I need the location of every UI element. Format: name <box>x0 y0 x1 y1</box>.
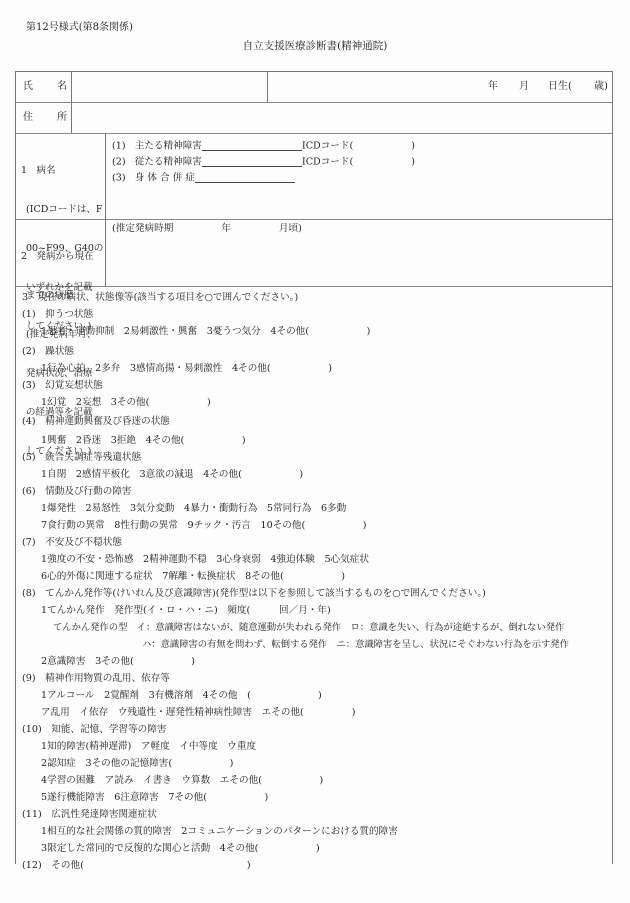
label-line: 1 病名 <box>21 164 103 177</box>
address-label-2: 所 <box>57 113 67 123</box>
diagnosis-form-table: 氏 名 年 月 日生( 歳) 住 所 1 病名 (ICDコードは、F 00~F9… <box>15 71 613 864</box>
category-epilepsy: (8) てんかん発作等(けいれん及び意識障害)(発作型は以下を参照して該当するも… <box>22 589 486 599</box>
paren-close: ) <box>411 140 415 151</box>
category-psychomotor: (4) 精神運動興奮及び昏迷の状態 <box>22 417 170 427</box>
options-manic[interactable]: 1行為心拍 2多弁 3感情高揚・易刺激性 4その他( ) <box>41 364 332 374</box>
options-pdd-2[interactable]: 3限定した常同的で反復的な関心と活動 4その他( ) <box>41 844 320 854</box>
onset-prefix: (推定発病時期 <box>112 223 173 234</box>
category-emotion-behavior: (6) 情動及び行動の障害 <box>22 487 132 497</box>
options-depression[interactable]: 1思考・運動抑制 2易刺激性・興奮 3憂うつ気分 4その他( ) <box>41 327 370 337</box>
physical-complication-field[interactable] <box>195 172 295 183</box>
category-substance: (9) 精神作用物質の乱用、依存等 <box>22 674 170 684</box>
options-substance-1[interactable]: 1アルコール 2覚醒剤 3有機溶剤 4その他 ( ) <box>41 691 322 701</box>
options-epilepsy-1[interactable]: 1てんかん発作 発作型(イ・ロ・ハ・ニ) 頻度( 回／月・年) <box>41 606 331 616</box>
label-line: (ICDコードは、F <box>21 203 103 216</box>
physical-complication-label: 身 体 合 併 症 <box>135 172 195 183</box>
options-hallucination[interactable]: 1幻覚 2妄想 3その他( ) <box>41 398 211 408</box>
options-intelligence-2[interactable]: 2認知症 3その他の記憶障害( ) <box>41 759 233 769</box>
name-label-2: 名 <box>57 82 67 92</box>
birth-month-label: 月 <box>519 82 529 92</box>
icd-code-label: ICDコード( <box>302 140 353 151</box>
name-label-1: 氏 <box>23 82 33 92</box>
options-epilepsy-2[interactable]: 2意識障害 3その他( ) <box>41 657 195 667</box>
col-divider <box>267 72 268 102</box>
options-anxiety-1[interactable]: 1強度の不安・恐怖感 2精神運動不穏 3心身衰弱 4強迫体験 5心気症状 <box>41 555 369 565</box>
category-intelligence: (10) 知能、記憶、学習等の障害 <box>22 725 166 735</box>
epilepsy-types-1: てんかん発作の型 イ：意識障害はないが、随意運動が失われる発作 ロ：意識を失い、… <box>53 623 564 632</box>
row-divider <box>16 286 612 287</box>
name-field[interactable] <box>76 74 264 100</box>
category-manic: (2) 躁状態 <box>22 347 74 357</box>
onset-year-label: 年 <box>221 223 231 234</box>
options-psychomotor[interactable]: 1興奮 2昏迷 3拒絶 4その他( ) <box>41 436 246 446</box>
options-intelligence-1[interactable]: 1知的障害(精神遅滞) ア軽度 イ中等度 ウ重度 <box>41 742 256 752</box>
item-number: (3) <box>112 172 126 183</box>
options-anxiety-2[interactable]: 6心的外傷に関連する症状 7解離・転換症状 8その他( ) <box>41 572 345 582</box>
secondary-disorder-label: 従たる精神障害 <box>135 156 202 167</box>
options-pdd-1[interactable]: 1相互的な社会関係の質的障害 2コミュニケーションのパターンにおける質的障害 <box>41 827 398 837</box>
category-pdd: (11) 広汎性発達障害関連症状 <box>22 810 157 820</box>
category-other[interactable]: (12) その他( ) <box>22 861 251 871</box>
document-title: 自立支援医療診断書(精神通院) <box>0 41 630 52</box>
category-schizophrenia-residual: (5) 統合失調症等残遺状態 <box>22 453 141 463</box>
options-schizophrenia-residual[interactable]: 1自閉 2感情平板化 3意欲の減退 4その他( ) <box>41 470 303 480</box>
physical-complication-row: (3) 身 体 合 併 症 <box>112 172 295 183</box>
main-disorder-row: (1) 主たる精神障害ICDコード() <box>112 140 415 151</box>
options-intelligence-3[interactable]: 4学習の困難 ア読み イ書き ウ算数 エその他( ) <box>41 776 323 786</box>
age-label: 歳) <box>594 82 608 92</box>
row-divider <box>16 102 612 103</box>
item-number: (1) <box>112 140 126 151</box>
secondary-disorder-field[interactable] <box>202 156 302 167</box>
category-anxiety: (7) 不安及び不穏状態 <box>22 538 122 548</box>
address-label-1: 住 <box>23 113 33 123</box>
options-substance-2[interactable]: ア乱用 イ依存 ウ残遺性・遅発性精神病性障害 エその他( ) <box>41 708 356 718</box>
onset-month-label: 月頃) <box>279 223 302 234</box>
options-intelligence-4[interactable]: 5遂行機能障害 6注意障害 7その他( ) <box>41 793 268 803</box>
onset-row: (推定発病時期年月頃) <box>112 224 302 234</box>
item-number: (2) <box>112 156 126 167</box>
birth-year-label: 年 <box>488 82 498 92</box>
options-emotion-behavior-2[interactable]: 7食行動の異常 8性行動の異常 9チック・汚言 10その他( ) <box>41 521 367 531</box>
col-divider <box>71 72 72 133</box>
birth-day-label: 日生( <box>548 82 572 92</box>
main-disorder-field[interactable] <box>202 140 302 151</box>
form-number: 第12号様式(第8条関係) <box>26 23 133 33</box>
section3-heading: 3 現在の病状、状態像等(該当する項目を○で囲んでください。) <box>22 293 298 303</box>
epilepsy-types-2: ハ：意識障害の有無を問わず、転倒する発作 ニ：意識障害を呈し、状況にそぐわない行… <box>142 640 569 649</box>
secondary-disorder-row: (2) 従たる精神障害ICDコード() <box>112 156 415 167</box>
label-line: 2 発病から現在 <box>21 250 96 263</box>
col-divider <box>105 133 106 286</box>
category-depression: (1) 抑うつ状態 <box>22 310 93 320</box>
paren-close: ) <box>411 156 415 167</box>
category-hallucination: (3) 幻覚妄想状態 <box>22 381 103 391</box>
options-emotion-behavior-1[interactable]: 1爆発性 2易怒性 3気分変動 4暴力・衝動行為 5常同行為 6多動 <box>41 504 346 514</box>
medical-history-field[interactable] <box>108 244 608 282</box>
icd-code-label: ICDコード( <box>302 156 353 167</box>
main-disorder-label: 主たる精神障害 <box>135 140 202 151</box>
address-field[interactable] <box>76 105 606 131</box>
